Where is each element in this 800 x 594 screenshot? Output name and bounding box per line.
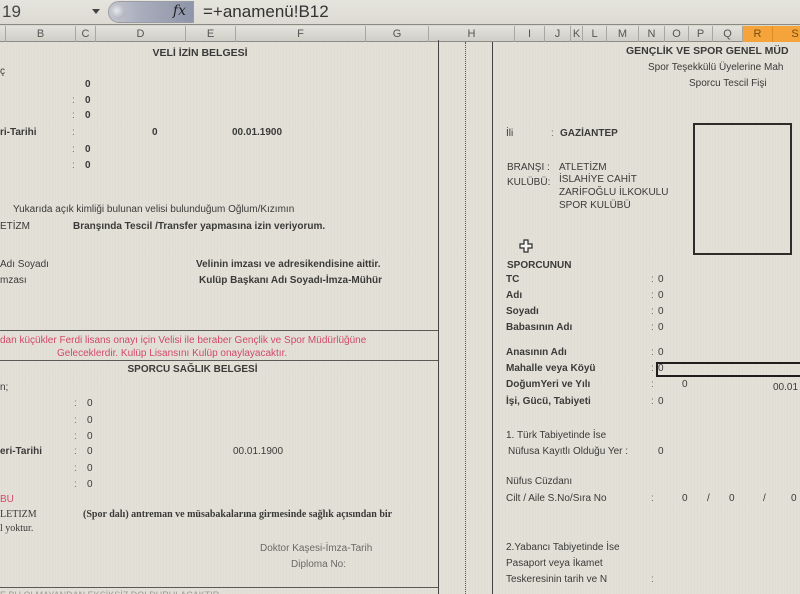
kulup-value[interactable]: İSLAHİYE CAHİT: [559, 174, 637, 185]
field-value[interactable]: 0: [85, 95, 91, 106]
cilt-value[interactable]: 0: [682, 493, 688, 504]
athlete-field-label: İşi, Gücü, Tabiyeti: [506, 396, 591, 407]
page-break-line: [465, 42, 466, 594]
name-box-dropdown-icon[interactable]: [92, 9, 100, 14]
health-statement-end: l yoktur.: [0, 523, 33, 534]
partial-label: n;: [0, 382, 8, 393]
colon: :: [74, 479, 77, 490]
colon: :: [651, 347, 654, 358]
field-value[interactable]: 0: [87, 463, 93, 474]
athlete-field-value[interactable]: 0: [658, 306, 664, 317]
nufus-yer-label: Nüfusa Kayıtlı Olduğu Yer :: [508, 446, 628, 457]
athlete-field-value[interactable]: 0: [658, 347, 664, 358]
field-value[interactable]: 0: [85, 79, 91, 90]
form-left-border: [492, 42, 493, 594]
birth-date-label: ri-Tarihi: [0, 127, 36, 138]
separator: /: [707, 493, 710, 504]
column-header-m[interactable]: M: [607, 26, 639, 42]
column-header-r[interactable]: R: [743, 26, 773, 42]
athlete-field-label: Anasının Adı: [506, 347, 567, 358]
turk-tabiyet-label: 1. Türk Tabiyetinde İse: [506, 430, 606, 441]
column-header-l[interactable]: L: [583, 26, 607, 42]
colon: :: [651, 574, 654, 585]
kulup-label: KULÜBÜ:: [507, 177, 550, 188]
athlete-field-label: DoğumYeri ve Yılı: [506, 379, 590, 390]
colon: :: [651, 274, 654, 285]
column-header-p[interactable]: P: [689, 26, 713, 42]
colon: :: [651, 396, 654, 407]
field-value[interactable]: 0: [87, 479, 93, 490]
colon: :: [651, 306, 654, 317]
colon: :: [74, 446, 77, 457]
column-header-s[interactable]: S: [773, 26, 800, 42]
cilt-label: Cilt / Aile S.No/Sıra No: [506, 493, 607, 504]
tescil-subtitle: Spor Teşekkülü Üyelerine Mah: [648, 62, 783, 73]
athlete-field-label: TC: [506, 274, 519, 285]
colon: :: [72, 127, 75, 138]
column-header-k[interactable]: K: [571, 26, 583, 42]
warning-line-1: dan küçükler Ferdi lisans onayı için Vel…: [0, 335, 366, 346]
athlete-field-label: Mahalle veya Köyü: [506, 363, 595, 374]
club-signature-note: Kulüp Başkanı Adı Soyadı-İmza-Mühür: [199, 275, 382, 286]
tescil-title: GENÇLİK VE SPOR GENEL MÜD: [626, 45, 789, 57]
colon: :: [651, 290, 654, 301]
insert-function-button[interactable]: fx: [108, 1, 194, 23]
birth-date-value[interactable]: 00.01: [773, 382, 798, 393]
colon: :: [74, 398, 77, 409]
colon: :: [651, 363, 654, 374]
brans-value[interactable]: ATLETİZM: [559, 162, 607, 173]
pasaport-label: Pasaport veya İkamet: [506, 558, 603, 569]
athlete-field-label: Adı: [506, 290, 522, 301]
athlete-field-value[interactable]: 0: [682, 379, 688, 390]
column-header-n[interactable]: N: [639, 26, 665, 42]
colon: :: [72, 110, 75, 121]
permission-statement-2: Branşında Tescil /Transfer yapmasına izi…: [73, 221, 325, 232]
colon: :: [72, 144, 75, 155]
colon: :: [651, 379, 654, 390]
field-value[interactable]: 0: [85, 160, 91, 171]
tescil-form-name: Sporcu Tescil Fişi: [689, 78, 767, 89]
parent-signature-note: Velinin imzası ve adresikendisine aittir…: [196, 259, 381, 270]
resize-knob-icon[interactable]: [111, 5, 125, 19]
yabanci-tabiyet-label: 2.Yabancı Tabiyetinde İse: [506, 542, 620, 553]
colon: :: [651, 493, 654, 504]
column-header-i[interactable]: I: [515, 26, 545, 42]
sira-no-value[interactable]: 0: [791, 493, 797, 504]
red-label: BU: [0, 494, 14, 505]
il-value[interactable]: GAZİANTEP: [560, 128, 618, 139]
veli-izin-box: [0, 40, 439, 331]
health-statement: (Spor dalı) antreman ve müsabakalarına g…: [83, 509, 392, 520]
birth-date-value[interactable]: 00.01.1900: [232, 127, 282, 138]
field-value[interactable]: 0: [85, 144, 91, 155]
partial-label: ç: [0, 66, 5, 77]
column-header-o[interactable]: O: [665, 26, 689, 42]
column-header-j[interactable]: J: [545, 26, 571, 42]
branch-value: ETİZM: [0, 221, 30, 232]
kulup-value[interactable]: SPOR KULÜBÜ: [559, 200, 631, 211]
colon: :: [651, 322, 654, 333]
athlete-field-label: Babasının Adı: [506, 322, 572, 333]
field-value[interactable]: 0: [85, 110, 91, 121]
field-value[interactable]: 0: [87, 431, 93, 442]
aile-no-value[interactable]: 0: [729, 493, 735, 504]
athlete-field-value[interactable]: 0: [658, 396, 664, 407]
branch-value: LETIZM: [0, 509, 37, 520]
nufus-yer-value[interactable]: 0: [658, 446, 664, 457]
column-header-q[interactable]: Q: [713, 26, 743, 42]
bottom-partial-text: E BU OLMAYANDAN EKSİKSİZ DOLDURULACAKTIR: [0, 590, 219, 594]
formula-bar: 19 fx =+anamenü!B12: [0, 0, 800, 25]
athlete-field-value[interactable]: 0: [658, 322, 664, 333]
athlete-field-value[interactable]: 0: [658, 274, 664, 285]
colon: :: [74, 415, 77, 426]
fx-icon: fx: [173, 3, 186, 19]
worksheet-grid[interactable]: VELİ İZİN BELGESİ ç 0 : 0 : 0 ri-Tarihi …: [0, 42, 800, 594]
teskere-label: Teskeresinin tarih ve N: [506, 574, 607, 585]
name-box[interactable]: 19: [0, 2, 105, 22]
field-value[interactable]: 0: [87, 398, 93, 409]
separator: /: [763, 493, 766, 504]
birth-date-value[interactable]: 00.01.1900: [233, 446, 283, 457]
colon: :: [72, 160, 75, 171]
saglik-box: [0, 360, 439, 588]
colon: :: [72, 95, 75, 106]
colon: :: [551, 128, 554, 139]
cuzdan-label: Nüfus Cüzdanı: [506, 476, 572, 487]
saglik-title: SPORCU SAĞLIK BELGESİ: [0, 364, 385, 375]
doctor-signature-label: Doktor Kaşesi-İmza-Tarih: [260, 543, 372, 554]
brans-label: BRANŞI :: [507, 162, 550, 173]
birth-place-value[interactable]: 0: [87, 446, 93, 457]
field-value[interactable]: 0: [87, 415, 93, 426]
il-label: İli: [506, 128, 513, 139]
diploma-number-label: Diploma No:: [291, 559, 346, 570]
veli-izin-title: VELİ İZİN BELGESİ: [0, 47, 400, 59]
sporcu-section-label: SPORCUNUN: [507, 260, 571, 271]
parent-signature-label: mzası: [0, 275, 27, 286]
athlete-field-value[interactable]: 0: [658, 290, 664, 301]
parent-name-label: Adı Soyadı: [0, 259, 49, 270]
cell-cursor-icon: [519, 239, 533, 253]
column-header-h[interactable]: H: [429, 26, 515, 42]
permission-statement: Yukarıda açık kimliği bulunan velisi bul…: [13, 204, 294, 215]
column-border: [438, 42, 439, 594]
colon: :: [74, 431, 77, 442]
selected-cell[interactable]: [656, 362, 800, 377]
birth-place-value[interactable]: 0: [152, 127, 158, 138]
photo-box: [693, 123, 792, 255]
colon: :: [74, 463, 77, 474]
athlete-field-label: Soyadı: [506, 306, 539, 317]
birth-date-label: eri-Tarihi: [0, 446, 42, 457]
kulup-value[interactable]: ZARİFOĞLU İLKOKULU: [559, 187, 668, 198]
formula-input[interactable]: =+anamenü!B12: [200, 1, 329, 23]
warning-line-2: Geleceklerdir. Kulüp Lisansını Kulüp ona…: [57, 348, 287, 359]
